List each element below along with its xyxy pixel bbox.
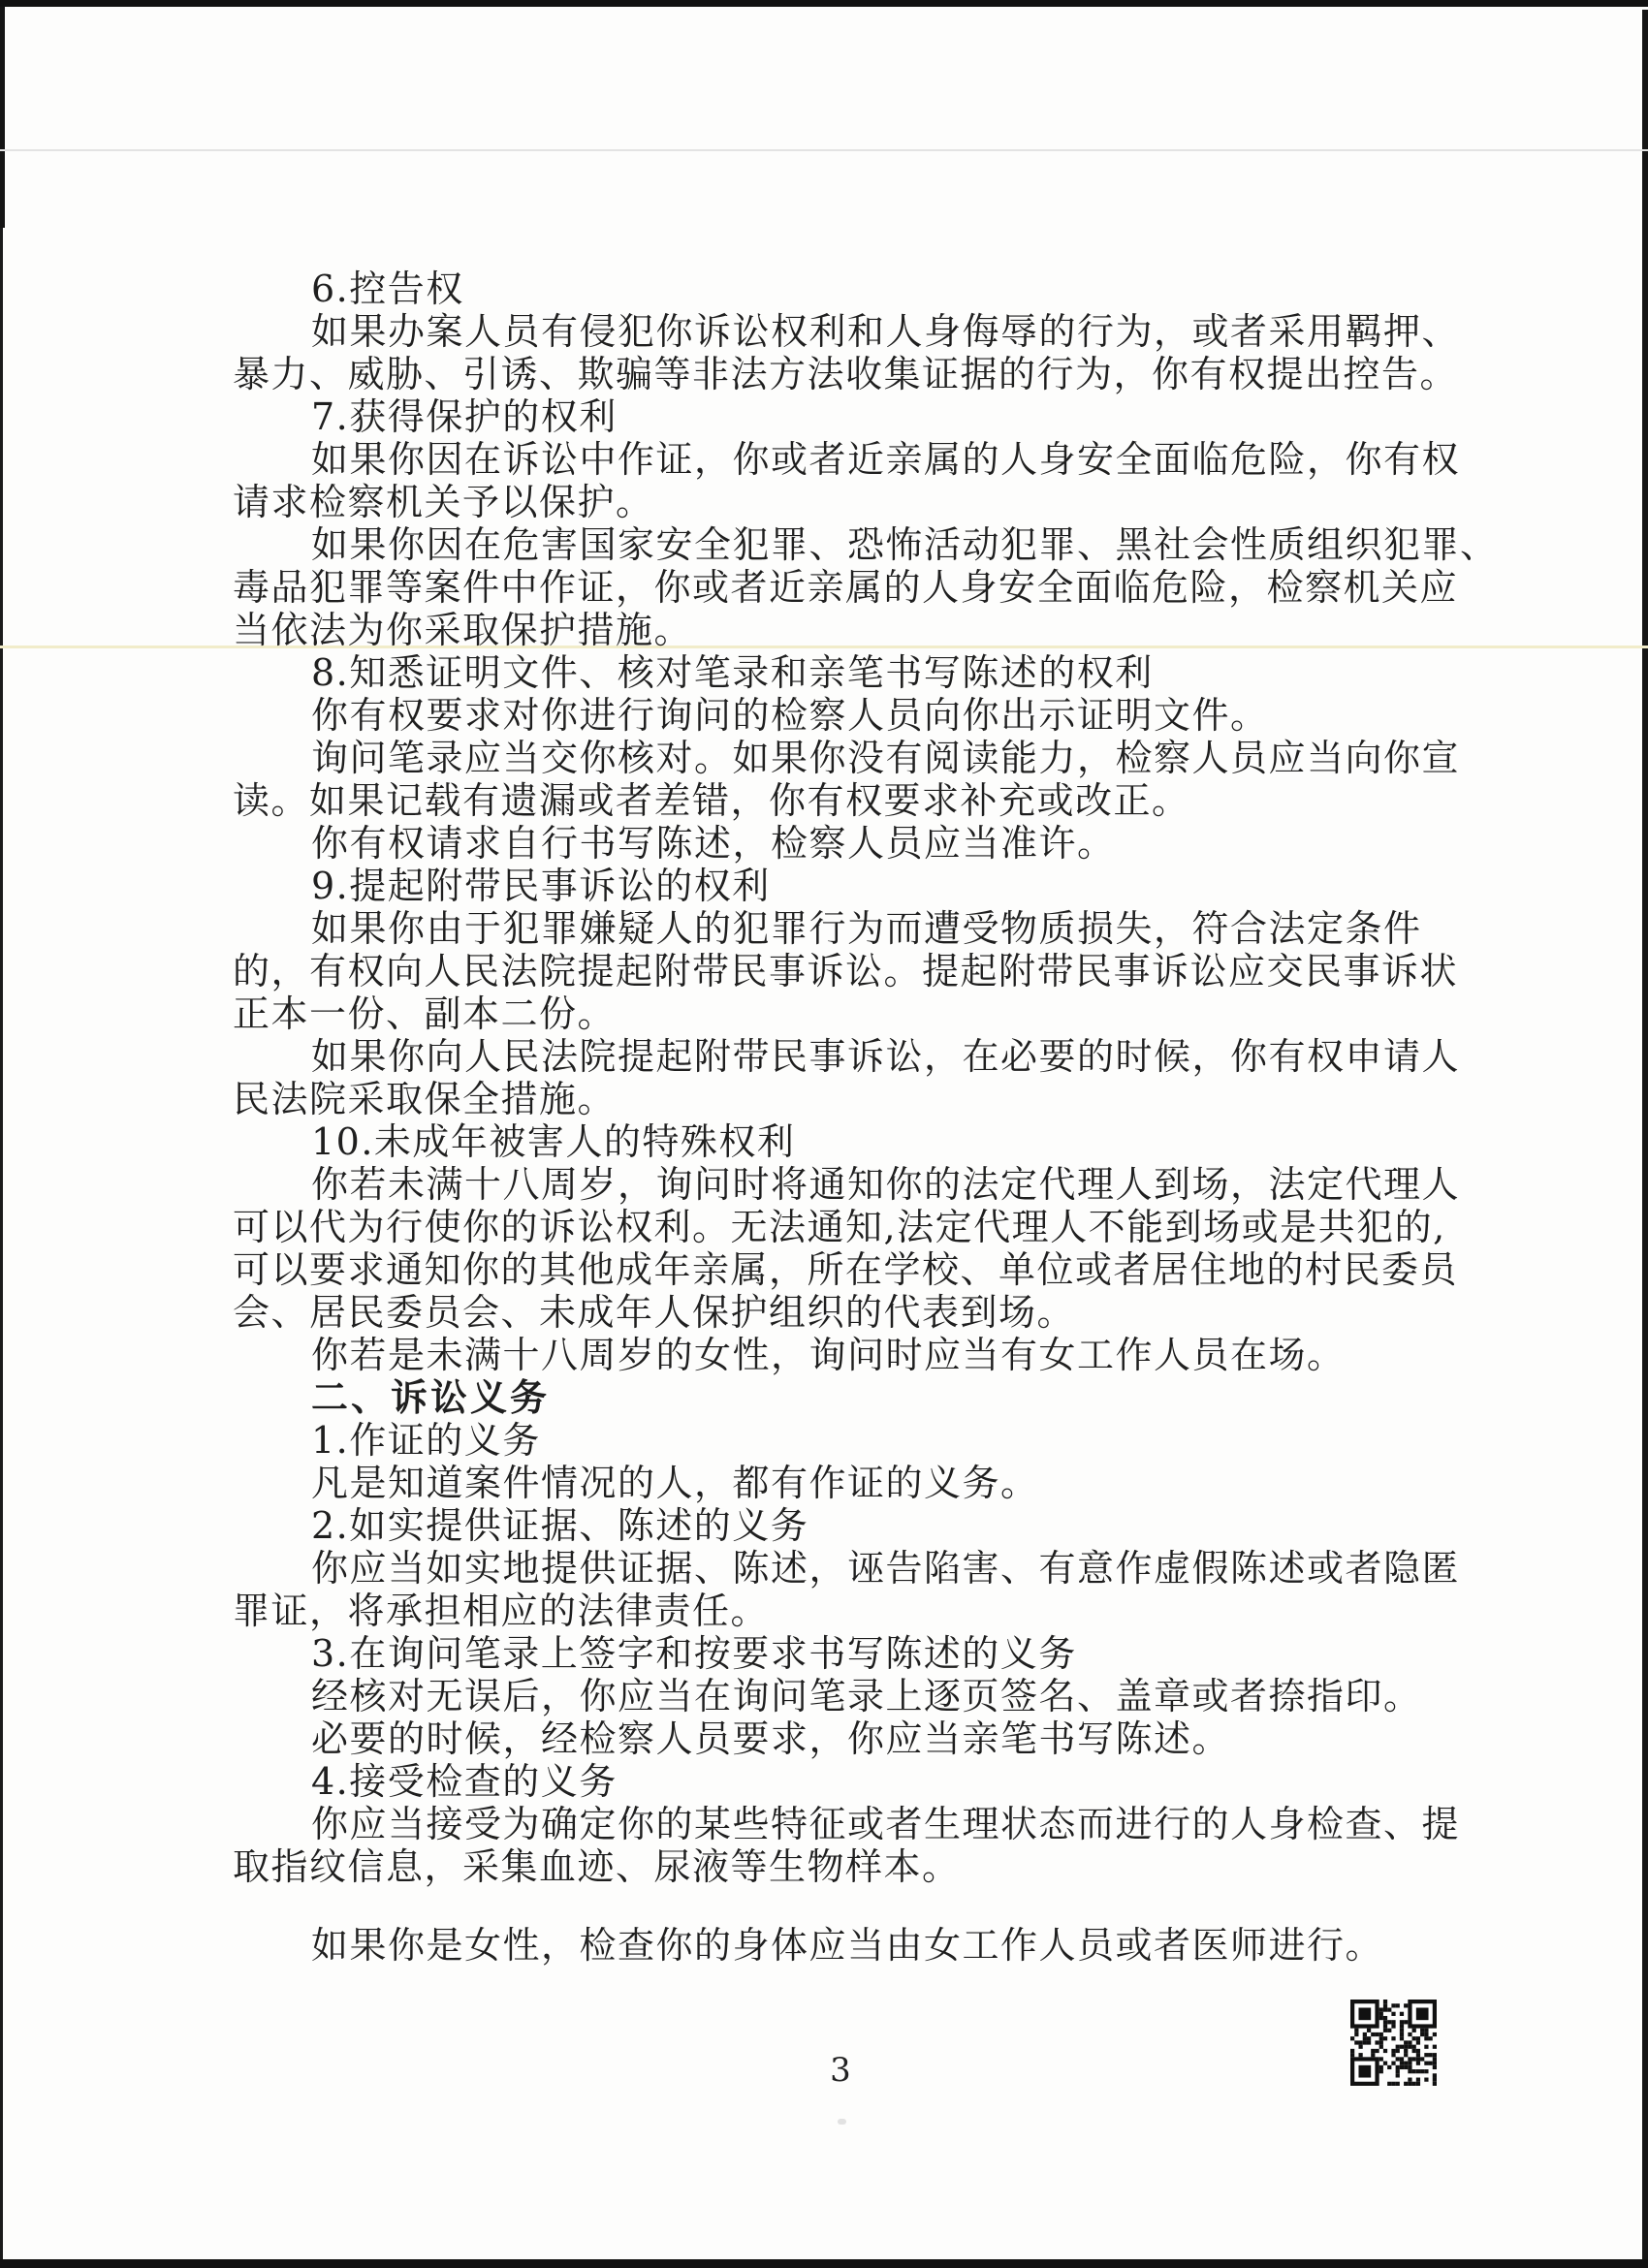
text-line: 你应当如实地提供证据、陈述，诬告陷害、有意作虚假陈述或者隐匿 [233, 1547, 1483, 1590]
text-line: 如果你是女性，检查你的身体应当由女工作人员或者医师进行。 [233, 1924, 1483, 1967]
text-line: 你应当接受为确定你的某些特征或者生理状态而进行的人身检查、提 [233, 1803, 1483, 1845]
scan-artifact-line [0, 149, 1648, 151]
text-line: 罪证，将承担相应的法律责任。 [233, 1590, 1483, 1632]
document-body: 6.控告权如果办案人员有侵犯你诉讼权利和人身侮辱的行为，或者采用羁押、暴力、威胁… [233, 268, 1483, 1967]
text-line: 经核对无误后，你应当在询问笔录上逐页签名、盖章或者捺指印。 [233, 1675, 1483, 1717]
text-line: 读。如果记载有遗漏或者差错，你有权要求补充或改正。 [233, 779, 1483, 822]
text-line: 毒品犯罪等案件中作证，你或者近亲属的人身安全面临危险，检察机关应 [233, 566, 1483, 609]
text-line: 会、居民委员会、未成年人保护组织的代表到场。 [233, 1291, 1483, 1334]
text-line: 1.作证的义务 [233, 1419, 1483, 1462]
text-line: 9.提起附带民事诉讼的权利 [233, 865, 1483, 907]
text-line: 8.知悉证明文件、核对笔录和亲笔书写陈述的权利 [233, 651, 1483, 694]
scan-edge-bottom [0, 2259, 1648, 2268]
text-line: 如果你因在危害国家安全犯罪、恐怖活动犯罪、黑社会性质组织犯罪、 [233, 523, 1483, 566]
text-line: 当依法为你采取保护措施。 [233, 609, 1483, 651]
text-line: 10.未成年被害人的特殊权利 [233, 1120, 1483, 1163]
text-line: 如果你由于犯罪嫌疑人的犯罪行为而遭受物质损失，符合法定条件 [233, 907, 1483, 950]
scanned-page: { "document": { "lines": [ {"text": "6.控… [0, 0, 1648, 2268]
scan-edge-right [1642, 10, 1648, 2259]
text-line: 请求检察机关予以保护。 [233, 481, 1483, 523]
page-number: 3 [792, 2051, 889, 2090]
qr-code [1348, 2000, 1439, 2086]
text-line: 可以要求通知你的其他成年亲属，所在学校、单位或者居住地的村民委员 [233, 1248, 1483, 1291]
text-line: 你有权要求对你进行询问的检察人员向你出示证明文件。 [233, 694, 1483, 737]
text-line: 询问笔录应当交你核对。如果你没有阅读能力，检察人员应当向你宣 [233, 737, 1483, 779]
text-line: 如果你因在诉讼中作证，你或者近亲属的人身安全面临危险，你有权 [233, 438, 1483, 481]
text-line: 取指纹信息，采集血迹、尿液等生物样本。 [233, 1845, 1483, 1888]
text-line: 可以代为行使你的诉讼权利。无法通知,法定代理人不能到场或是共犯的, [233, 1206, 1483, 1248]
text-line: 凡是知道案件情况的人，都有作证的义务。 [233, 1462, 1483, 1504]
text-line: 的，有权向人民法院提起附带民事诉讼。提起附带民事诉讼应交民事诉状 [233, 950, 1483, 992]
text-line: 2.如实提供证据、陈述的义务 [233, 1504, 1483, 1547]
text-line: 民法院采取保全措施。 [233, 1078, 1483, 1120]
text-line: 正本一份、副本二份。 [233, 992, 1483, 1035]
text-line: 如果你向人民法院提起附带民事诉讼，在必要的时候，你有权申请人 [233, 1035, 1483, 1078]
text-line: 你有权请求自行书写陈述，检察人员应当准许。 [233, 822, 1483, 865]
scan-edge-top [0, 0, 1648, 7]
scan-artifact-speck [838, 2119, 846, 2125]
text-line: 你若是未满十八周岁的女性，询问时应当有女工作人员在场。 [233, 1334, 1483, 1376]
text-line: 你若未满十八周岁，询问时将通知你的法定代理人到场，法定代理人 [233, 1163, 1483, 1206]
text-line: 7.获得保护的权利 [233, 395, 1483, 438]
scan-edge-left [0, 7, 3, 2259]
scan-edge-left-thick [0, 7, 5, 228]
text-line: 暴力、威胁、引诱、欺骗等非法方法收集证据的行为，你有权提出控告。 [233, 353, 1483, 395]
text-line: 如果办案人员有侵犯你诉讼权利和人身侮辱的行为，或者采用羁押、 [233, 310, 1483, 353]
text-line: 必要的时候，经检察人员要求，你应当亲笔书写陈述。 [233, 1717, 1483, 1760]
text-line: 3.在询问笔录上签字和按要求书写陈述的义务 [233, 1632, 1483, 1675]
text-line: 二、诉讼义务 [233, 1376, 1483, 1419]
text-line: 4.接受检查的义务 [233, 1760, 1483, 1803]
text-line: 6.控告权 [233, 268, 1483, 310]
